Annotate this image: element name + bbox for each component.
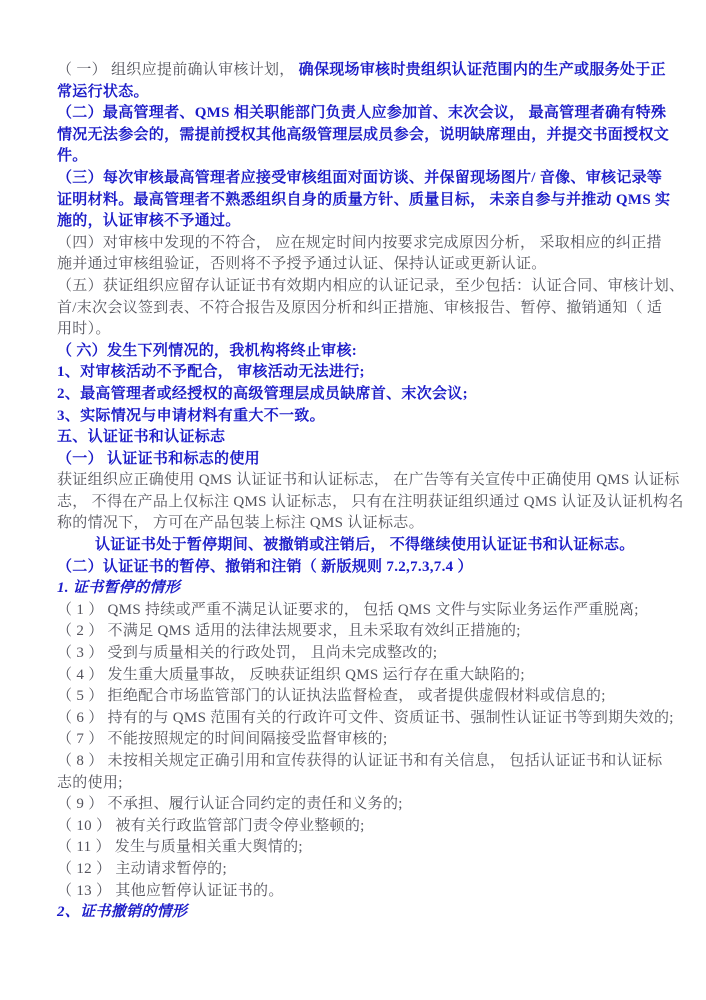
text-line: （一） 认证证书和标志的使用 (57, 449, 657, 471)
text-segment: 用时）。 (57, 321, 111, 337)
text-segment: （ 7 ） 不能按照规定的时间间隔接受监督审核的; (57, 731, 387, 747)
text-segment: 常运行状态。 (57, 84, 149, 100)
text-segment: 称的情况下， 方可在产品包装上标注 QMS 认证标志。 (57, 515, 424, 531)
text-segment: 1. 证书暂停的情形 (57, 580, 180, 596)
text-segment: （ 5 ） 拒绝配合市场监管部门的认证执法监督检查， 或者提供虚假材料或信息的; (57, 688, 606, 704)
text-segment: 2、证书撤销的情形 (57, 904, 187, 920)
text-line: 证明材料。最高管理者不熟悉组织自身的质量方针、质量目标， 未亲自参与并推动 QM… (57, 190, 657, 212)
text-segment: （ 9 ） 不承担、履行认证合同约定的责任和义务的; (57, 796, 403, 812)
text-line: 1、对审核活动不予配合， 审核活动无法进行; (57, 362, 657, 384)
text-line: 志的使用; (57, 773, 657, 795)
text-line: （ 11 ） 发生与质量相关重大舆情的; (57, 837, 657, 859)
text-segment: （二）最高管理者、QMS 相关职能部门负责人应参加首、末次会议， 最高管理者确有… (57, 105, 666, 121)
text-segment: （ 10 ） 被有关行政监管部门责令停业整顿的; (57, 818, 365, 834)
text-line: （ 2 ） 不满足 QMS 适用的法律法规要求，且未采取有效纠正措施的; (57, 621, 657, 643)
text-segment: （ 8 ） 未按相关规定正确引用和宣传获得的认证证书和有关信息， 包括认证证书和… (57, 753, 662, 769)
text-segment: （ 4 ） 发生重大质量事故， 反映获证组织 QMS 运行存在重大缺陷的; (57, 667, 525, 683)
text-segment: （ 3 ） 受到与质量相关的行政处罚， 且尚未完成整改的; (57, 645, 437, 661)
text-line: 2、最高管理者或经授权的高级管理层成员缺席首、末次会议; (57, 384, 657, 406)
text-line: 用时）。 (57, 319, 657, 341)
text-segment: （ 六）发生下列情况的，我机构将终止审核: (57, 343, 357, 359)
text-line: 认证证书处于暂停期间、被撤销或注销后， 不得继续使用认证证书和认证标志。 (57, 535, 657, 557)
text-line: 1. 证书暂停的情形 (57, 578, 657, 600)
document-page: （ 一） 组织应提前确认审核计划， 确保现场审核时贵组织认证范围内的生产或服务处… (0, 0, 706, 1000)
text-segment: 证明材料。最高管理者不熟悉组织自身的质量方针、质量目标， 未亲自参与并推动 QM… (57, 192, 670, 208)
text-segment: （ 1 ） QMS 持续或严重不满足认证要求的， 包括 QMS 文件与实际业务运… (57, 602, 639, 618)
text-segment: （ 2 ） 不满足 QMS 适用的法律法规要求，且未采取有效纠正措施的; (57, 623, 521, 639)
text-line: （ 一） 组织应提前确认审核计划， 确保现场审核时贵组织认证范围内的生产或服务处… (57, 60, 657, 82)
text-line: 常运行状态。 (57, 82, 657, 104)
text-line: 志， 不得在产品上仅标注 QMS 认证标志， 只有在注明获证组织通过 QMS 认… (57, 492, 657, 514)
text-line: 称的情况下， 方可在产品包装上标注 QMS 认证标志。 (57, 513, 657, 535)
text-segment: 2、最高管理者或经授权的高级管理层成员缺席首、末次会议; (57, 386, 468, 402)
text-segment: 情况无法参会的，需提前授权其他高级管理层成员参会，说明缺席理由，并提交书面授权文 (57, 127, 669, 143)
text-segment: 件。 (57, 148, 88, 164)
text-segment: 志， 不得在产品上仅标注 QMS 认证标志， 只有在注明获证组织通过 QMS 认… (57, 494, 684, 510)
text-line: （ 六）发生下列情况的，我机构将终止审核: (57, 341, 657, 363)
text-line: （三）每次审核最高管理者应接受审核组面对面访谈、并保留现场图片/ 音像、审核记录… (57, 168, 657, 190)
text-line: 五、认证证书和认证标志 (57, 427, 657, 449)
text-line: （ 10 ） 被有关行政监管部门责令停业整顿的; (57, 816, 657, 838)
text-segment: 3、实际情况与申请材料有重大不一致。 (57, 408, 325, 424)
text-line: （ 12 ） 主动请求暂停的; (57, 859, 657, 881)
text-line: （五）获证组织应留存认证证书有效期内相应的认证记录，至少包括：认证合同、审核计划… (57, 276, 657, 298)
text-segment: 施的，认证审核不予通过。 (57, 213, 241, 229)
text-line: 2、证书撤销的情形 (57, 902, 657, 924)
text-line: 首/末次会议签到表、不符合报告及原因分析和纠正措施、审核报告、暂停、撤销通知（ … (57, 298, 657, 320)
text-line: 件。 (57, 146, 657, 168)
text-line: （ 9 ） 不承担、履行认证合同约定的责任和义务的; (57, 794, 657, 816)
text-line: 施并通过审核组验证，否则将不予授予通过认证、保持认证或更新认证。 (57, 254, 657, 276)
text-segment: （ 11 ） 发生与质量相关重大舆情的; (57, 839, 303, 855)
text-segment: 志的使用; (57, 775, 123, 791)
text-segment: 1、对审核活动不予配合， 审核活动无法进行; (57, 364, 365, 380)
text-line: （ 13 ） 其他应暂停认证证书的。 (57, 881, 657, 903)
text-segment: （ 12 ） 主动请求暂停的; (57, 861, 227, 877)
text-segment: 五、认证证书和认证标志 (57, 429, 225, 445)
text-segment: 认证证书处于暂停期间、被撤销或注销后， 不得继续使用认证证书和认证标志。 (95, 537, 635, 553)
text-segment: 首/末次会议签到表、不符合报告及原因分析和纠正措施、审核报告、暂停、撤销通知（ … (57, 300, 662, 316)
text-segment: （ 一） 组织应提前确认审核计划， (57, 62, 299, 78)
text-line: 获证组织应正确使用 QMS 认证证书和认证标志， 在广告等有关宣传中正确使用 Q… (57, 470, 657, 492)
text-line: （ 3 ） 受到与质量相关的行政处罚， 且尚未完成整改的; (57, 643, 657, 665)
text-line: （四）对审核中发现的不符合， 应在规定时间内按要求完成原因分析， 采取相应的纠正… (57, 233, 657, 255)
text-line: （ 5 ） 拒绝配合市场监管部门的认证执法监督检查， 或者提供虚假材料或信息的; (57, 686, 657, 708)
text-line: （二）认证证书的暂停、撤销和注销（ 新版规则 7.2,7.3,7.4 ） (57, 557, 657, 579)
text-line: （ 4 ） 发生重大质量事故， 反映获证组织 QMS 运行存在重大缺陷的; (57, 665, 657, 687)
text-segment: （五）获证组织应留存认证证书有效期内相应的认证记录，至少包括：认证合同、审核计划… (57, 278, 684, 294)
text-line: （ 1 ） QMS 持续或严重不满足认证要求的， 包括 QMS 文件与实际业务运… (57, 600, 657, 622)
text-segment: （三）每次审核最高管理者应接受审核组面对面访谈、并保留现场图片/ 音像、审核记录… (57, 170, 662, 186)
text-line: （ 6 ） 持有的与 QMS 范围有关的行政许可文件、资质证书、强制性认证证书等… (57, 708, 657, 730)
text-segment: （四）对审核中发现的不符合， 应在规定时间内按要求完成原因分析， 采取相应的纠正… (57, 235, 662, 251)
text-segment: （ 13 ） 其他应暂停认证证书的。 (57, 883, 284, 899)
text-line: （ 8 ） 未按相关规定正确引用和宣传获得的认证证书和有关信息， 包括认证证书和… (57, 751, 657, 773)
text-segment: （ 6 ） 持有的与 QMS 范围有关的行政许可文件、资质证书、强制性认证证书等… (57, 710, 674, 726)
text-segment: 确保现场审核时贵组织认证范围内的生产或服务处于正 (299, 62, 666, 78)
text-segment: （二）认证证书的暂停、撤销和注销（ 新版规则 7.2,7.3,7.4 ） (57, 559, 473, 575)
text-line: （二）最高管理者、QMS 相关职能部门负责人应参加首、末次会议， 最高管理者确有… (57, 103, 657, 125)
text-line: （ 7 ） 不能按照规定的时间间隔接受监督审核的; (57, 729, 657, 751)
text-line: 情况无法参会的，需提前授权其他高级管理层成员参会，说明缺席理由，并提交书面授权文 (57, 125, 657, 147)
text-line: 3、实际情况与申请材料有重大不一致。 (57, 406, 657, 428)
text-segment: 获证组织应正确使用 QMS 认证证书和认证标志， 在广告等有关宣传中正确使用 Q… (57, 472, 680, 488)
document-body: （ 一） 组织应提前确认审核计划， 确保现场审核时贵组织认证范围内的生产或服务处… (57, 60, 657, 924)
text-line: 施的，认证审核不予通过。 (57, 211, 657, 233)
text-segment: 施并通过审核组验证，否则将不予授予通过认证、保持认证或更新认证。 (57, 256, 547, 272)
text-segment: （一） 认证证书和标志的使用 (57, 451, 260, 467)
